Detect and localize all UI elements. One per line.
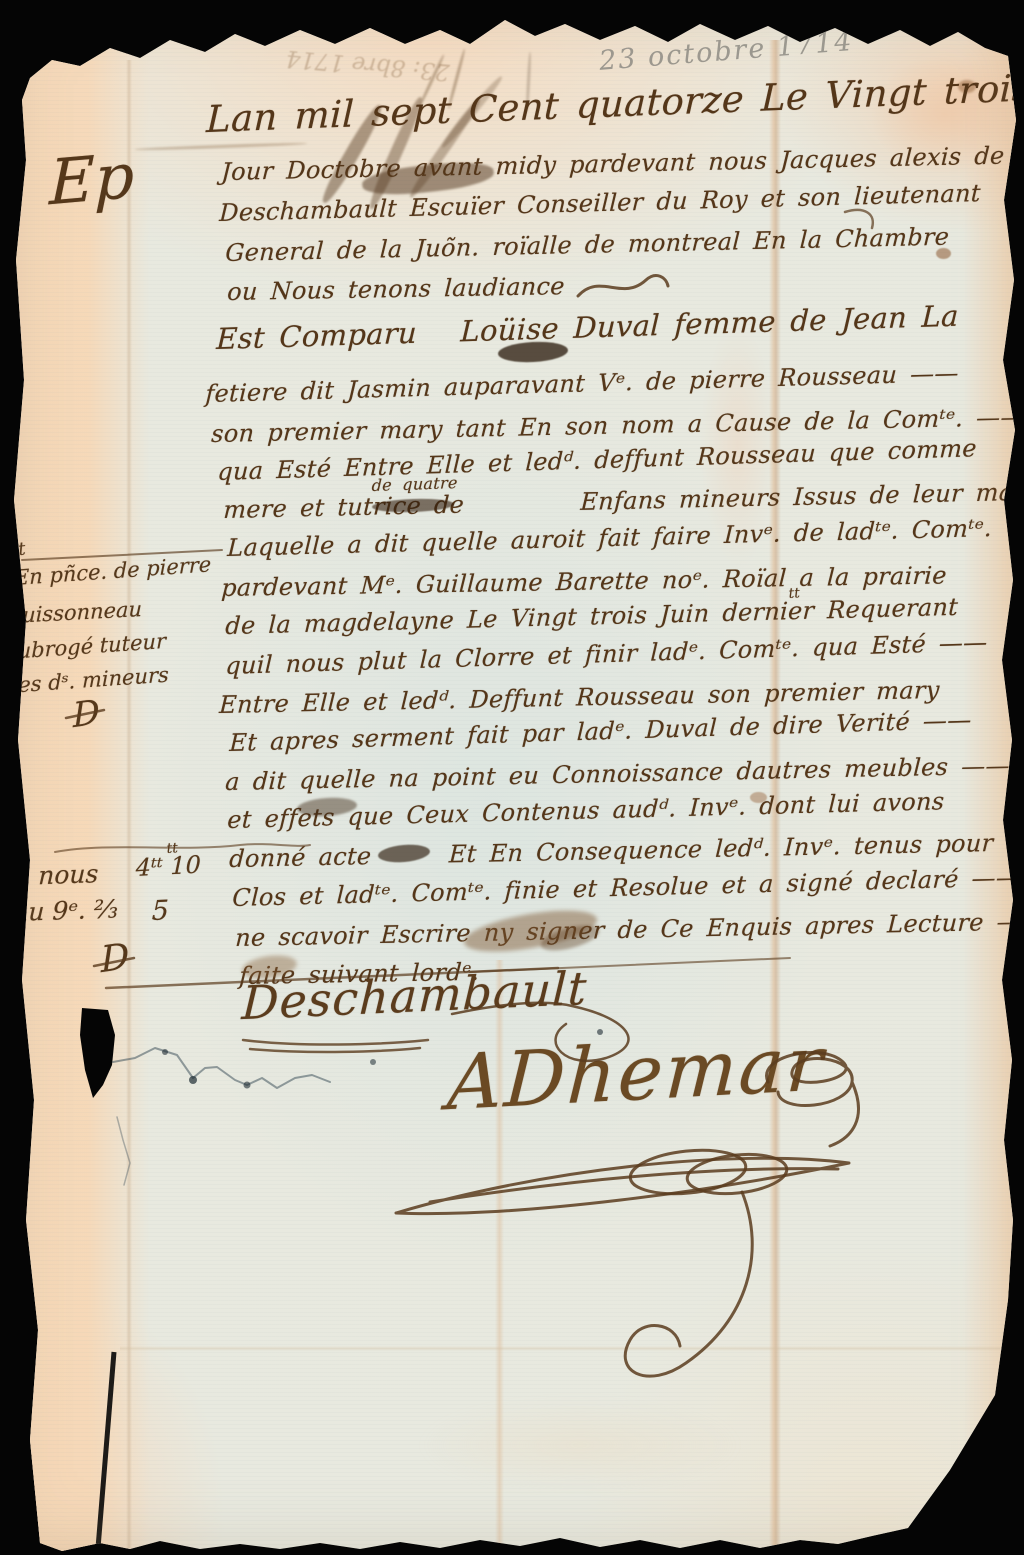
fee-label: à nous xyxy=(15,859,99,891)
pencil-date-annotation: 23 octobre 1714 xyxy=(598,26,855,77)
manuscript-line: ne scavoir Escrire ny signer de Ce Enqui… xyxy=(235,907,1024,952)
manuscript-line: fetiere dit Jasmin auparavant Vᵉ. de pie… xyxy=(205,359,960,408)
fold-crease xyxy=(120,1346,1000,1351)
signature-adhemar: ADhemar xyxy=(445,1018,827,1127)
torn-edge-split xyxy=(98,1352,114,1548)
fold-crease xyxy=(126,60,132,1548)
fee-label: au 9ᵉ. ⅔ xyxy=(13,894,119,927)
registry-paraph: Ep xyxy=(49,139,135,220)
manuscript-line: General de la Juõn. roïalle de montreal … xyxy=(225,223,950,267)
signature-flourish xyxy=(396,1158,849,1213)
margin-note-line: puissonneau xyxy=(9,597,143,628)
margin-note-line: En pñce. de pierre xyxy=(14,552,211,590)
manuscript-line: Clos et ladᵗᵉ. Comᵗᵉ. finie et Resolue e… xyxy=(232,863,1021,912)
margin-paraph: D xyxy=(100,936,130,981)
fee-amount: 5 xyxy=(151,895,169,927)
paper-crack xyxy=(113,1048,330,1088)
manuscript-page: 23: 8bre 1714 23 octobre 1714 Ep tt tt t… xyxy=(0,0,1024,1555)
bleedthrough-date: 23: 8bre 1714 xyxy=(199,37,450,85)
fee-amount: 4ᵗᵗ 10 xyxy=(136,851,202,882)
manuscript-line: Est Comparu Loüise Duval femme de Jean L… xyxy=(216,299,960,356)
presence-check-mark: tt xyxy=(10,538,27,560)
signature-underline xyxy=(243,1040,428,1052)
margin-paraph: D xyxy=(72,692,100,736)
margin-note-line: des dˢ. mineurs xyxy=(5,663,169,699)
signature-flourish xyxy=(625,1192,752,1376)
scan-background: 23: 8bre 1714 23 octobre 1714 Ep tt tt t… xyxy=(0,0,1024,1555)
signature-flourish xyxy=(685,1150,788,1198)
manuscript-line: Deschambault Escuïer Conseiller du Roy e… xyxy=(219,179,982,227)
interline-correction: de quatre xyxy=(371,473,458,495)
signature-flourish xyxy=(628,1145,748,1199)
foxing-stain xyxy=(420,1400,740,1490)
manuscript-line: Jour Doctobre avant midy pardevant nous … xyxy=(221,140,1024,186)
manuscript-line: et effets que Ceux Contenus audᵈ. Invᵉ. … xyxy=(227,787,945,834)
margin-note-line: subrogé tuteur xyxy=(7,629,166,664)
bleedthrough-stroke xyxy=(135,142,307,151)
paper-crack xyxy=(117,1117,130,1185)
paper-hole xyxy=(80,1008,115,1098)
audience-swash xyxy=(578,276,668,296)
manuscript-line: ou Nous tenons laudiance xyxy=(227,272,566,306)
